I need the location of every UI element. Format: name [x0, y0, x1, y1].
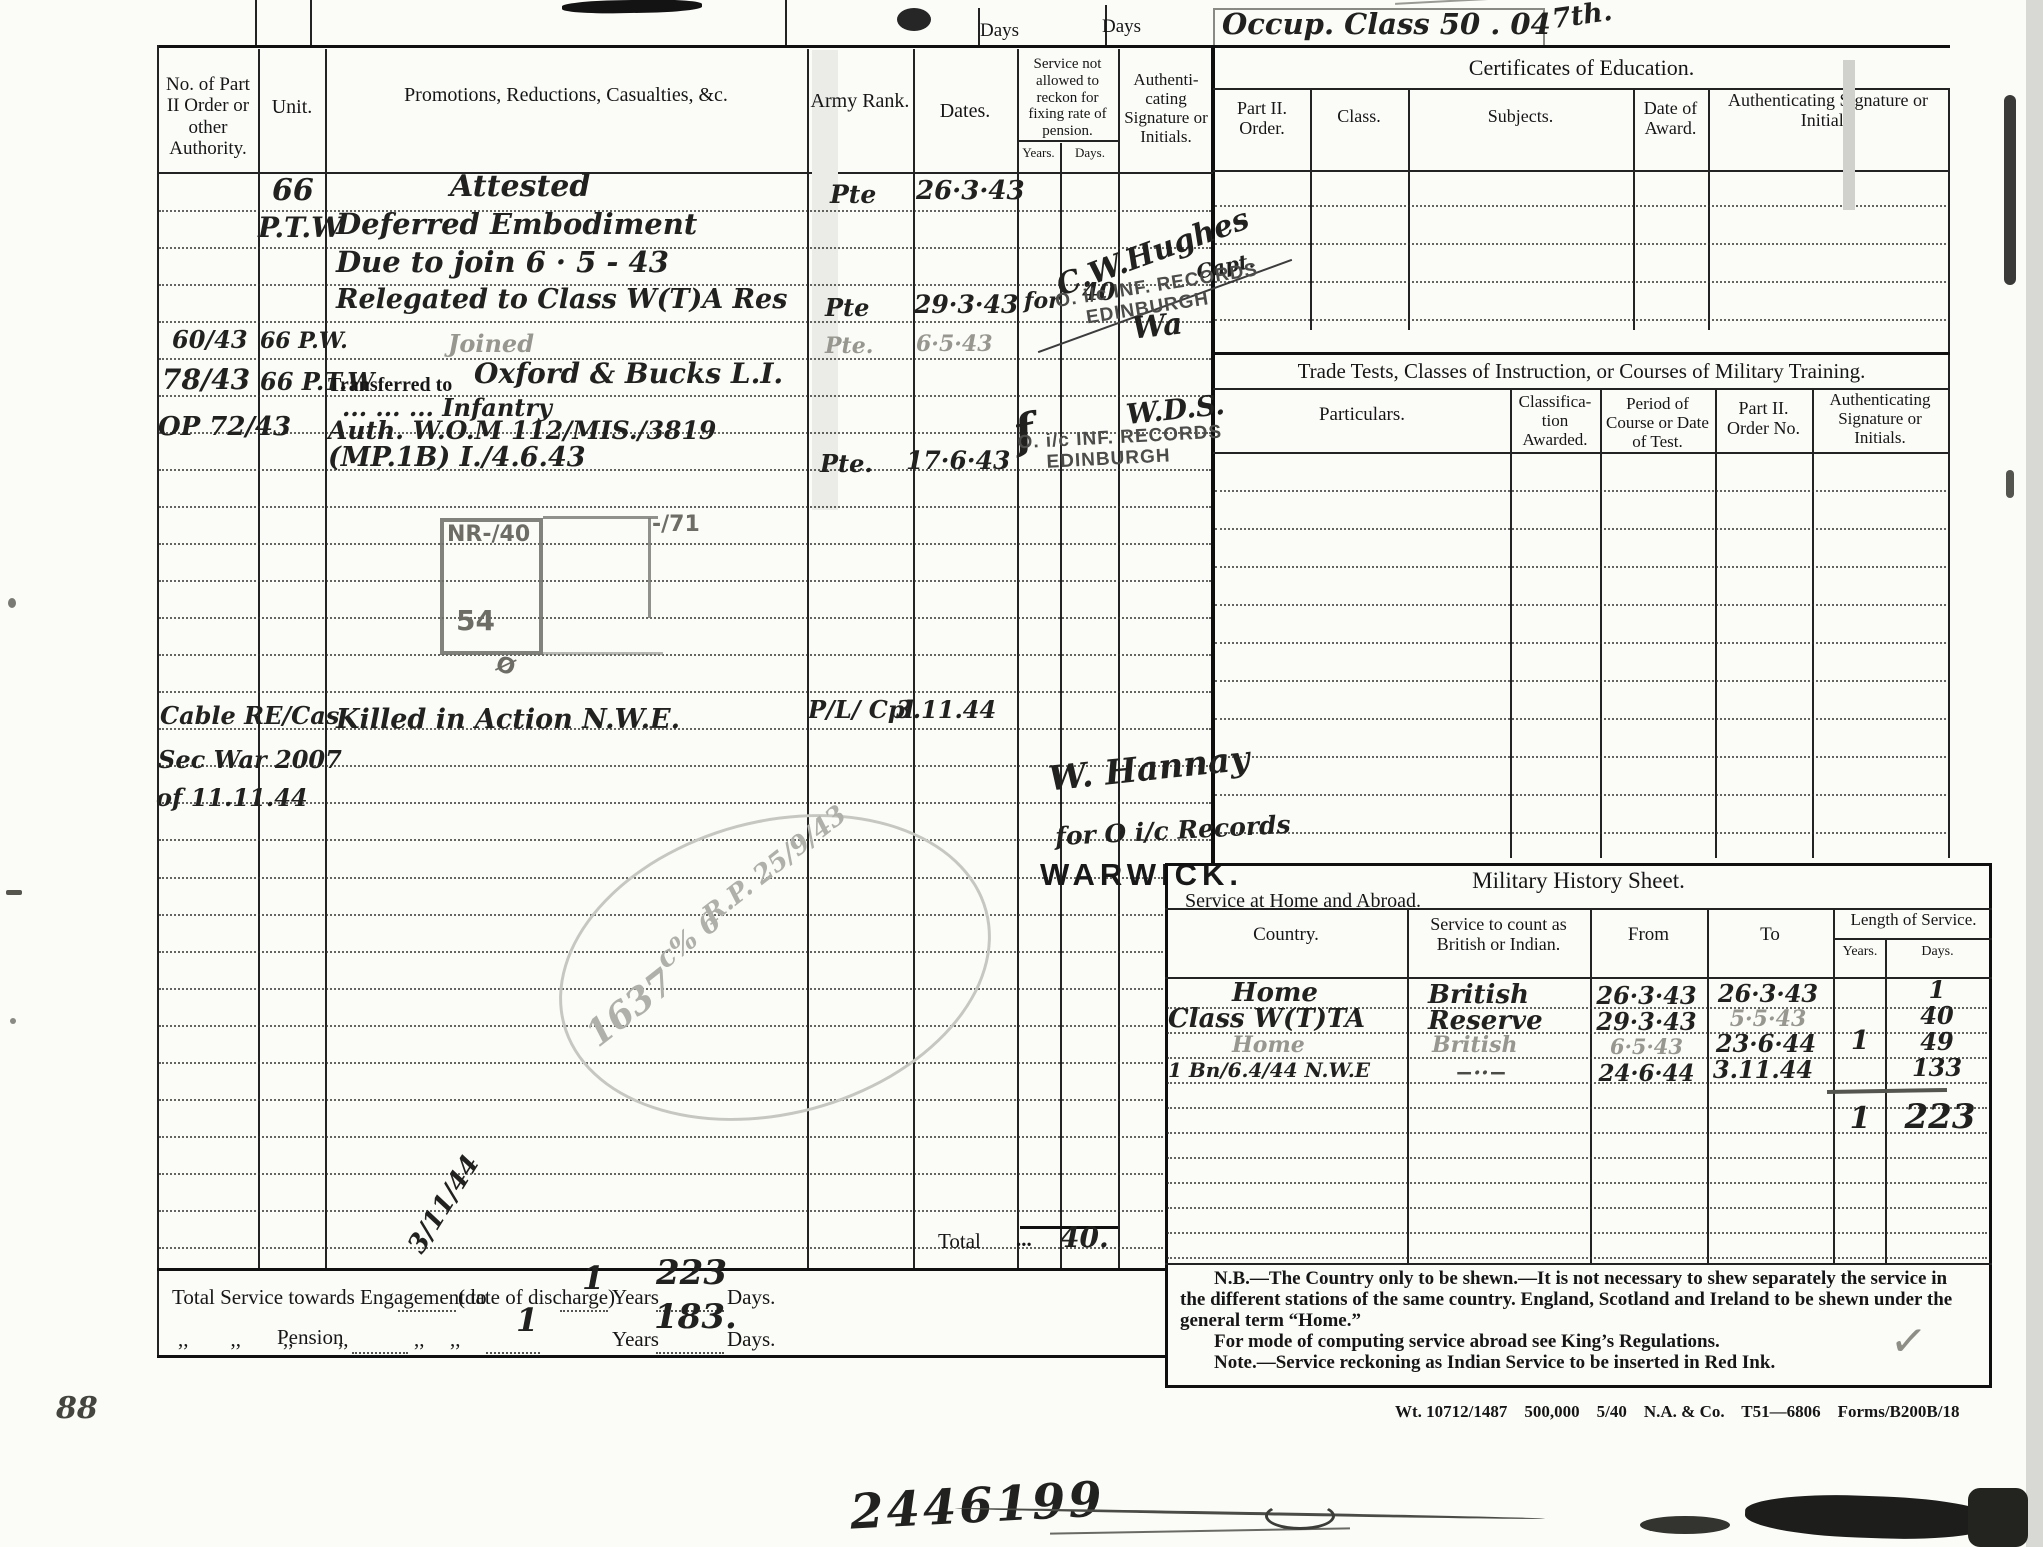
pencil-sketch-line	[648, 518, 651, 618]
mhs-header-to: To	[1709, 924, 1831, 945]
hw-authority-date: of 11.11.44	[156, 786, 308, 810]
dotted-writing-rule	[159, 1173, 1163, 1175]
hw-authority: 78/43	[162, 366, 250, 394]
trade-header-particulars: Particulars.	[1216, 404, 1508, 425]
dotted-writing-rule	[159, 1247, 1163, 1249]
trade-vline	[1510, 388, 1512, 858]
dotted-writing-rule	[1215, 490, 1946, 492]
hw-unit: P.T.W	[258, 214, 343, 242]
mhs-total-years: 1	[1835, 1104, 1885, 1134]
mhs-days: 133	[1887, 1056, 1987, 1080]
dotted-writing-rule	[1215, 566, 1946, 568]
trade-vline	[1715, 388, 1717, 858]
col-header-unit: Unit.	[260, 96, 324, 118]
leader-dots	[486, 1352, 540, 1354]
ditto-marks: ,,	[450, 1328, 461, 1352]
dotted-writing-rule	[1167, 1082, 1987, 1084]
dotted-writing-rule	[1215, 680, 1946, 682]
torn-edge-blob	[1640, 1516, 1730, 1534]
hw-engagement-years: 1	[582, 1262, 604, 1294]
trade-header-auth-signature: Authenticating Signature or Initials.	[1814, 390, 1946, 447]
table-left-edge	[157, 45, 159, 1355]
col-header-dates: Dates.	[915, 100, 1015, 122]
hw-event-authority-ref: Auth. W.O.M 112/MIS./3819	[328, 418, 716, 443]
printer-imprint: Wt. 10712/1487 500,000 5/40 N.A. & Co. T…	[1395, 1402, 1950, 1421]
hw-authority-secwar: Sec War 2007	[158, 748, 342, 772]
dotted-writing-rule	[159, 617, 1211, 619]
hw-date: 29·3·43	[914, 292, 1018, 317]
initials-entry: Wa	[1131, 309, 1184, 344]
dotted-writing-rule	[1215, 832, 1946, 834]
mhs-to: 3.11.44	[1700, 1058, 1826, 1082]
pencil-sketch-mark: Ø	[492, 652, 518, 682]
cert-header-subjects: Subjects.	[1410, 106, 1631, 126]
col-header-army-rank: Army Rank.	[809, 90, 911, 112]
hw-event-joined: Joined	[448, 332, 534, 356]
hw-event-transferred-unit: Oxford & Bucks L.I.	[474, 360, 783, 388]
hw-authority: 60/43	[172, 328, 248, 352]
hw-event-attested: Attested	[450, 172, 590, 202]
pencil-total-rule	[1827, 1088, 1947, 1094]
hw-for-oic-records: for O i/c Records	[1055, 812, 1292, 849]
hw-event-mp1b: (MP.1B) I./4.6.43	[328, 444, 586, 471]
scan-speck-artifact	[8, 598, 16, 608]
trade-title: Trade Tests, Classes of Instruction, or …	[1213, 360, 1950, 384]
hw-event-due-to-join: Due to join 6 · 5 - 43	[336, 248, 669, 277]
mhs-header-service: Service to count as British or Indian.	[1409, 914, 1588, 954]
col-header-years: Years.	[1017, 146, 1060, 161]
top-days-label: Days	[1102, 16, 1141, 37]
trade-vline	[1812, 388, 1814, 858]
mhs-to: 23·6·44	[1703, 1032, 1829, 1056]
trade-header-period: Period of Course or Date of Test.	[1602, 394, 1713, 451]
days-label: Days.	[727, 1328, 775, 1352]
mhs-header-from: From	[1592, 924, 1705, 945]
col-header-days: Days.	[1062, 146, 1118, 161]
col-header-authority: No. of Part II Order or other Authority.	[160, 74, 256, 159]
dotted-writing-rule	[159, 506, 1211, 508]
cert-header-auth-signature: Authenticating Signature or Initials.	[1710, 90, 1946, 130]
pencil-checkmark: ✓	[1887, 1314, 1929, 1369]
nb-note-block: N.B.—The Country only to be shewn.—It is…	[1180, 1268, 1975, 1373]
dotted-writing-rule	[159, 654, 1211, 656]
dotted-writing-rule	[1167, 1207, 1987, 1209]
hw-rank: Pte.	[820, 452, 873, 476]
dotted-writing-rule	[1215, 718, 1946, 720]
dotted-writing-rule	[1167, 1257, 1987, 1259]
torn-edge-blob	[1968, 1488, 2028, 1547]
inf-records-stamp: O. i/c INF. RECORDS EDINBURGH	[1017, 423, 1224, 475]
mhs-days: 40	[1887, 1004, 1987, 1028]
mhs-service: −··−	[1455, 1062, 1507, 1084]
mhs-total-days: 223	[1890, 1100, 1990, 1134]
right-section-edge	[1948, 88, 1950, 858]
pencil-ellipse	[524, 768, 1025, 1167]
hw-authority: OP 72/43	[158, 414, 291, 440]
dotted-writing-rule	[1167, 1182, 1987, 1184]
mhs-from: 24·6·44	[1588, 1062, 1705, 1085]
mhs-country: Home	[1232, 1034, 1305, 1056]
total-label: Total	[938, 1230, 981, 1254]
mhs-country: Home	[1232, 980, 1318, 1006]
mhs-to: 5·5·43	[1705, 1008, 1831, 1030]
form-bottom-rule	[157, 1355, 1165, 1358]
dotted-writing-rule	[159, 247, 1211, 249]
trade-vline	[1600, 388, 1602, 858]
cert-header-date-award: Date of Award.	[1635, 98, 1706, 138]
dotted-writing-rule	[159, 321, 1211, 323]
dotted-writing-rule	[159, 543, 1211, 545]
scanned-service-record-form: Days Days Occup. Class 50 . 04 7th. No. …	[0, 0, 2043, 1547]
scan-fold-shadow	[812, 50, 838, 510]
mhs-days: 1	[1887, 978, 1987, 1002]
pension-subheader-rule	[1017, 140, 1118, 142]
dotted-writing-rule	[1215, 205, 1946, 207]
table-vline	[1118, 49, 1120, 1268]
cert-header-part2: Part II. Order.	[1216, 98, 1308, 138]
cert-header-class: Class.	[1312, 106, 1406, 126]
col-header-promotions: Promotions, Reductions, Casualties, &c.	[327, 84, 805, 106]
pencil-sketch-label: -/71	[652, 512, 700, 537]
mhs-box-bottom-rule	[1165, 1385, 1992, 1388]
mhs-from: 6·5·43	[1588, 1036, 1705, 1057]
table-vline	[1017, 49, 1019, 1268]
leader-dots	[352, 1352, 408, 1354]
hw-date: 3.11.44	[896, 698, 996, 722]
hw-event-deferred: Deferred Embodiment	[336, 210, 697, 239]
mhs-vline	[1407, 908, 1409, 1263]
hw-total-days: 40.	[1060, 1224, 1109, 1252]
scan-smudge-artifact	[562, 0, 702, 14]
hw-date: 6·5·43	[916, 333, 993, 355]
dotted-writing-rule	[1215, 319, 1946, 321]
dotted-writing-rule	[1215, 281, 1946, 283]
mhs-length-subrule	[1833, 938, 1992, 940]
nb-paragraph-2: For mode of computing service abroad see…	[1180, 1331, 1975, 1352]
scan-edge-artifact	[2004, 95, 2016, 285]
top-strip-vline	[785, 0, 787, 45]
years-label: Years	[612, 1286, 659, 1310]
dotted-writing-rule	[159, 802, 1211, 804]
dotted-writing-rule	[159, 1136, 1163, 1138]
page-edge-band	[2026, 0, 2043, 1547]
scan-edge-artifact	[2006, 470, 2014, 498]
trade-section-top-rule	[1213, 352, 1950, 355]
mhs-header-years: Years.	[1835, 944, 1885, 960]
leader-dots	[656, 1352, 724, 1354]
hw-pension-years: 1	[516, 1304, 538, 1336]
ditto-marks: ,,	[414, 1328, 425, 1352]
dotted-writing-rule	[1215, 528, 1946, 530]
mhs-years: 1	[1835, 1028, 1885, 1054]
top-days-label: Days	[980, 20, 1019, 41]
dotted-writing-rule	[159, 1210, 1163, 1212]
engagement-label: Total Service towards Engagement to	[172, 1286, 487, 1310]
leader-dots	[398, 1310, 456, 1312]
mhs-service: Reserve	[1428, 1008, 1543, 1034]
mhs-vline	[1590, 908, 1592, 1263]
mhs-header-length: Length of Service.	[1837, 910, 1990, 929]
col-header-pension: Service not allowed to reckon for fixing…	[1019, 56, 1116, 140]
table-vline	[913, 49, 915, 1268]
leader-dots	[560, 1310, 608, 1312]
occupation-class-entry: Occup. Class 50 . 04	[1222, 10, 1551, 39]
hw-corner-mark: 88	[56, 1394, 98, 1424]
mhs-vline	[1707, 908, 1709, 1263]
hw-rank: Pte	[825, 296, 869, 320]
hw-engagement-days: 223	[656, 1256, 727, 1290]
dotted-writing-rule	[1215, 604, 1946, 606]
hw-discharge-date: 3/11/44	[404, 1151, 484, 1258]
top-strip-vline	[310, 0, 312, 45]
mhs-country: 1 Bn/6.4/44 N.W.E	[1168, 1060, 1370, 1080]
mhs-from: 26·3·43	[1588, 984, 1705, 1008]
pencil-sketch-label: NR-/40	[447, 522, 530, 547]
mhs-vline	[1833, 908, 1835, 1263]
pencil-sketch-line	[543, 516, 658, 519]
torn-edge-blob	[1744, 1492, 1995, 1543]
hw-event-relegated: Relegated to Class W(T)A Res	[336, 286, 787, 313]
scan-streak-artifact	[1843, 60, 1855, 210]
ditto-marks: ,,	[338, 1328, 349, 1352]
pension-label: Pension	[277, 1326, 344, 1350]
dotted-writing-rule	[159, 691, 1211, 693]
mhs-country: Class W(T)TA	[1168, 1006, 1365, 1032]
scan-smudge-artifact	[897, 8, 931, 31]
dotted-writing-rule	[1215, 243, 1946, 245]
mhs-days: 49	[1887, 1030, 1987, 1054]
hw-event-killed-in-action: Killed in Action N.W.E.	[336, 706, 680, 733]
cert-header-rule	[1213, 170, 1950, 172]
hw-rank: Pte.	[825, 335, 873, 357]
pencil-sketch-label: 54	[456, 604, 495, 637]
mhs-from: 29·3·43	[1588, 1010, 1705, 1034]
dotted-writing-rule	[1167, 1232, 1987, 1234]
pencil-scribble-artifact	[1395, 0, 1505, 5]
top-strip-vline	[255, 0, 257, 45]
dotted-writing-rule	[1215, 642, 1946, 644]
header-bottom-rule	[157, 172, 1213, 174]
nb-top-rule	[1165, 1263, 1992, 1265]
scan-speck-artifact	[6, 890, 22, 895]
hw-pension-days: 183.	[654, 1300, 737, 1334]
trade-header-classification: Classifica-tion Awarded.	[1512, 392, 1598, 449]
hw-serial-number: 2446199	[849, 1475, 1106, 1536]
dotted-writing-rule	[159, 580, 1211, 582]
trade-header-part2-order: Part II. Order No.	[1717, 398, 1810, 438]
dotted-writing-rule	[1215, 794, 1946, 796]
dotted-writing-rule	[1215, 756, 1946, 758]
hw-date: 26·3·43	[916, 178, 1025, 204]
dotted-writing-rule	[159, 839, 1211, 841]
pencil-sketch-line	[543, 652, 663, 655]
hw-rank: Pte	[830, 182, 876, 207]
nb-paragraph-1: N.B.—The Country only to be shewn.—It is…	[1180, 1268, 1975, 1331]
mhs-service: British	[1428, 982, 1529, 1008]
occupation-class-initials: 7th.	[1550, 0, 1613, 33]
hw-unit: 66	[272, 176, 314, 206]
total-leader-dots: ...	[1016, 1228, 1032, 1252]
years-label: Years	[612, 1328, 659, 1352]
mhs-box-top-rule	[1165, 863, 1992, 866]
hw-date: 17·6·43	[906, 448, 1010, 473]
trade-header-rule	[1213, 452, 1950, 454]
mhs-header-country: Country.	[1167, 924, 1405, 945]
hw-authority-cable: Cable RE/Cas	[160, 704, 339, 728]
dotted-writing-rule	[1167, 1157, 1987, 1159]
scan-speck-artifact	[10, 1018, 16, 1024]
hw-unit: 66 P.W.	[260, 330, 348, 352]
mhs-to: 26·3·43	[1705, 982, 1831, 1006]
torn-edge-artifact	[1265, 1502, 1335, 1530]
form-top-rule	[157, 45, 1950, 48]
mhs-service: British	[1432, 1034, 1517, 1056]
certificates-title: Certificates of Education.	[1213, 56, 1950, 81]
nb-paragraph-3: Note.—Service reckoning as Indian Servic…	[1180, 1352, 1975, 1373]
mhs-header-days: Days.	[1887, 944, 1988, 960]
signature-hannay: W. Hannay	[1047, 742, 1251, 797]
col-header-auth-signature: Authenti-cating Signature or Initials.	[1120, 70, 1212, 146]
